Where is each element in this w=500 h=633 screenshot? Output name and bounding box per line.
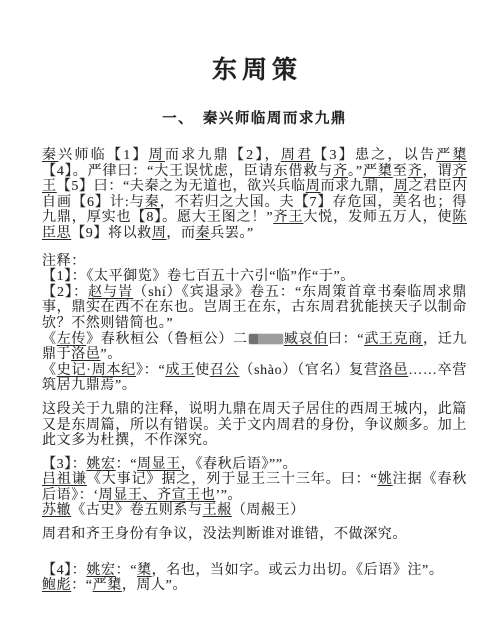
proper-noun: 严橥 [93,578,122,593]
note-3: 【3】：姚宏：“周显王，《春秋后语》””。 [42,457,467,473]
proper-noun: 齐王 [273,210,303,225]
text-segment: ，名也，当如字。或云力出切。《后语》注”。 [152,563,444,578]
proper-noun: 周 [152,226,167,241]
proper-noun: 齐 [333,164,348,179]
text-segment: ，《春秋后语》””。 [181,457,297,472]
text-segment: 【4】。严律曰：“大王误忧虑，臣请东借救与 [42,164,333,179]
text-segment: 注释： [42,254,86,269]
text-segment: 这段关于九鼎的注释，说明九鼎在周天子居住的西周王城内，此篇又是东周篇，所以有错误… [42,402,467,448]
proper-noun: 姚宏 [86,563,115,578]
text-segment: 至 [393,164,408,179]
proper-noun: 秦 [145,195,160,210]
commentary-identity: 周君和齐王身份有争议，没法判断谁对谁错，不做深究。 [42,527,467,543]
text-segment: 大悦，发师五万人，使 [303,210,452,225]
proper-noun: 姚宏 [86,457,115,472]
proper-noun: 鲍彪 [42,578,71,593]
proper-noun: 赵与峕 [88,285,133,300]
proper-noun: 王赧 [203,503,232,518]
proper-noun: 武王克商 [364,332,423,347]
note-3-suzhe: 苏辙《古史》卷五则系与王赧（周赧王） [42,503,467,519]
text-segment: 兵罢。” [210,226,254,241]
proper-noun: 苏辙 [42,503,71,518]
document-body: 秦兴师临【1】周而求九鼎【2】，周君【3】患之，以告严橥【4】。严律曰：“大王误… [42,148,467,594]
text-segment: 。” [348,164,363,179]
text-segment: ：“ [116,457,137,472]
proper-noun: 周 [394,179,409,194]
page-title: 东周策 [42,0,467,86]
text-segment: 【5】曰：“夫秦之为无道也，欲兴兵临 [57,179,306,194]
note-2: 【2】：赵与峕（shí）《宾退录》卷五：“东周策首章书秦临周求鼎事，鼎实在西不在… [42,285,467,332]
commentary-jiuding: 这段关于九鼎的注释，说明九鼎在周天子居住的西周王城内，此篇又是东周篇，所以有错误… [42,402,467,449]
text-segment: 》春秋桓公（鲁桓公）二 [86,332,248,347]
text-segment: ，谓 [423,164,453,179]
proper-noun: 召公 [210,363,240,378]
proper-noun: 周 [306,179,321,194]
text-segment: 【3】： [42,457,86,472]
proper-noun: 周君 [281,148,313,163]
text-segment: 《 [42,363,57,378]
proper-noun: 洛邑 [379,363,409,378]
note-shiji: 《史记·周本纪》：“成王使召公（shào）（官名）复营洛邑……卒营筑居九鼎焉”。 [42,363,467,394]
note-1: 【1】：《太平御览》卷七百五十六引“临”作“于”。 [42,269,467,285]
proper-noun: 姚 [377,472,392,487]
text-segment: 而求九鼎， [320,179,393,194]
text-segment: ”。 [100,347,121,362]
proper-noun: 臧哀伯 [284,332,328,347]
note-zuozhuan: 《左传》春秋桓公（鲁桓公）二臧哀伯曰：“武王克商，迁九鼎于洛邑”。 [42,332,467,363]
text-segment: 曰：“ [328,332,364,347]
text-segment: ：“ [71,578,92,593]
proper-noun: 秦 [42,148,58,163]
text-segment: 【4】： [42,563,86,578]
proper-noun: 橥 [137,563,152,578]
text-segment: 【9】将以救 [71,226,152,241]
proper-noun: 秦 [196,226,211,241]
text-segment: 周君和齐王身份有争议，没法判断谁对谁错，不做深究。 [42,527,407,542]
document-page: 东周策 一、 秦兴师临周而求九鼎 秦兴师临【1】周而求九鼎【2】，周君【3】患之… [0,0,500,633]
note-3-lvzuqian: 吕祖谦《大事记》据之，列于显王三十三年。曰：“姚注据《春秋后语》：‘周显王、齐宣… [42,472,467,503]
text-segment: 【3】患之，以告 [313,148,436,163]
proper-noun: 左传 [57,332,86,347]
watermark-stamp [249,334,283,344]
proper-noun: 史记·周本纪 [57,363,136,378]
section-heading: 一、 秦兴师临周而求九鼎 [42,107,467,128]
proper-noun: 严橥 [436,148,467,163]
proper-noun: 成王 [165,363,195,378]
text-segment: 《 [42,332,57,347]
paragraph-intro: 秦兴师临【1】周而求九鼎【2】，周君【3】患之，以告严橥【4】。严律曰：“大王误… [42,148,467,242]
proper-noun: 吕祖谦 [42,472,87,487]
proper-noun: 齐 [408,164,423,179]
text-segment: ，而 [166,226,195,241]
text-segment: 》：“ [136,363,165,378]
text-segment: 【1】：《太平御览》卷七百五十六引“临”作“于”。 [42,269,355,284]
proper-noun: 周显王、齐宣王也 [99,488,216,503]
text-segment: ：“ [116,563,137,578]
text-segment: ’”。 [215,488,242,503]
text-segment: 《大事记》据之，列于显王三十三年。曰：“ [87,472,378,487]
proper-noun: 洛邑 [71,347,100,362]
proper-noun: 周显王 [137,457,181,472]
text-segment: 【2】： [42,285,88,300]
note-4: 【4】：姚宏：“橥，名也，当如字。或云力出切。《后语》注”。 [42,563,467,579]
text-segment: （周赧王） [232,503,305,518]
text-segment: 使 [195,363,210,378]
text-segment: 《古史》卷五则系与 [71,503,202,518]
text-segment: ，周人”。 [122,578,187,593]
proper-noun: 严橥 [363,164,393,179]
text-segment: 兴师临【1】 [58,148,148,163]
note-4-baobiao: 鲍彪：“严橥，周人”。 [42,578,467,594]
text-segment: （shào）（官名）复营 [239,363,378,378]
text-segment: 而求九鼎【2】， [165,148,281,163]
proper-noun: 周 [149,148,165,163]
notes-label: 注释： [42,254,467,270]
